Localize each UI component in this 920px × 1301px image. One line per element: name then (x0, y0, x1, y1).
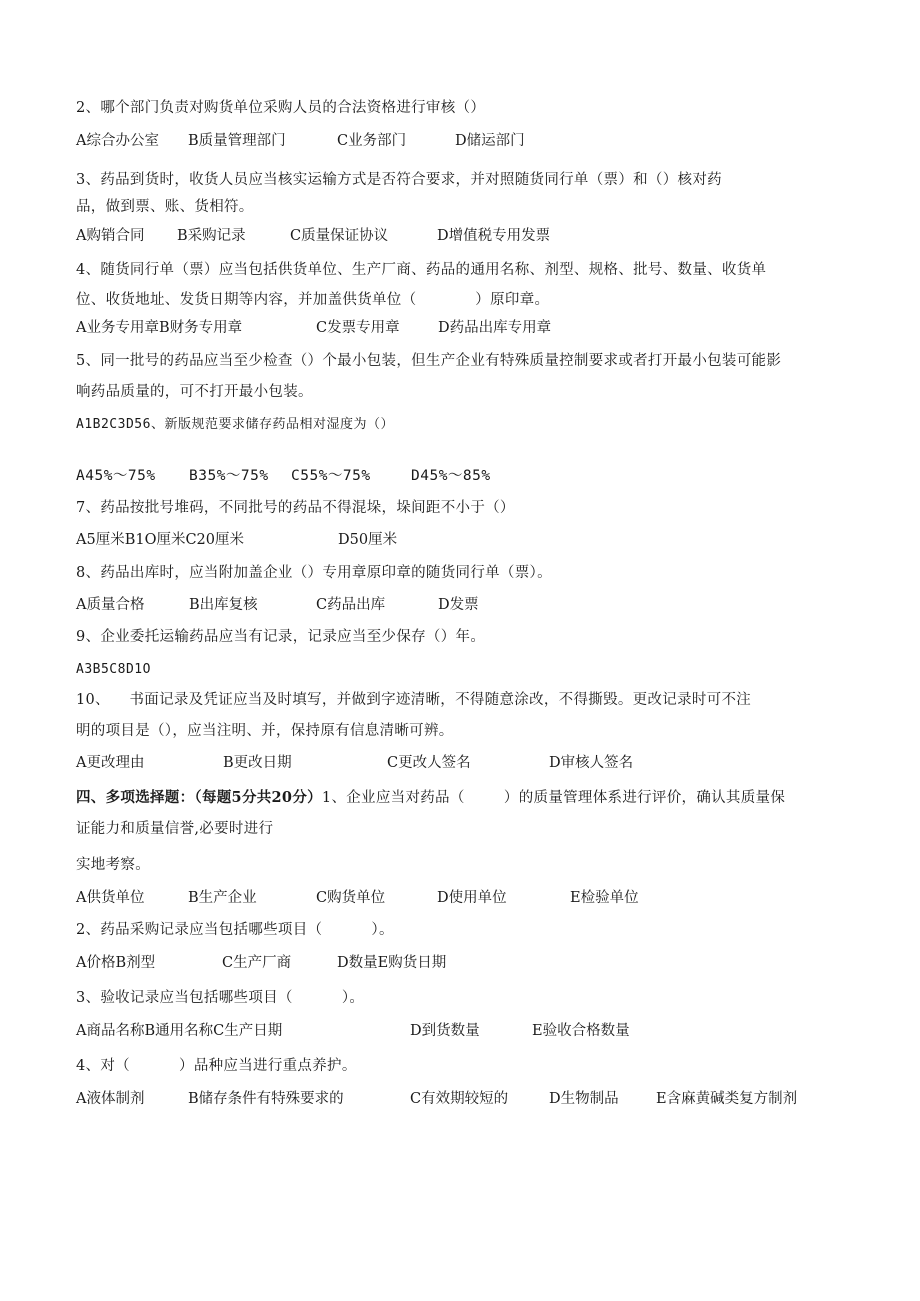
answer-option: D到货数量 (410, 1021, 480, 1041)
answer-option: A业务专用章B财务专用章 (76, 318, 242, 338)
question-text-line: 品，做到票、账、货相符。 (76, 197, 254, 217)
answer-option: D储运部门 (455, 131, 525, 151)
answer-option: A质量合格 (76, 595, 144, 615)
question-text-line: 8、药品出库时，应当附加盖企业（）专用章原印章的随货同行单（票）。 (76, 563, 552, 583)
answer-option: E验收合格数量 (532, 1021, 630, 1041)
answer-option: C质量保证协议 (290, 226, 388, 246)
answer-option: A价格B剂型 (76, 953, 155, 973)
answer-option: C发票专用章 (316, 318, 400, 338)
answer-option: A综合办公室 (76, 131, 159, 151)
answer-option: A商品名称B通用名称C生产日期 (76, 1021, 282, 1041)
answer-option: D50厘米 (338, 530, 397, 550)
question-text-line: 4、随货同行单（票）应当包括供货单位、生产厂商、药品的通用名称、剂型、规格、批号… (76, 260, 766, 280)
answer-option: D45%～85% (411, 466, 491, 486)
question-text-line: 3、验收记录应当包括哪些项目（ ）。 (76, 988, 364, 1008)
answer-option: D发票 (438, 595, 479, 615)
answer-option: A购销合同 (76, 226, 144, 246)
answer-option: C生产厂商 (222, 953, 291, 973)
question-text-line: A1B2C3D56、新版规范要求储存药品相对湿度为（） (76, 415, 394, 435)
answer-option: C更改人签名 (387, 753, 471, 773)
question-text-line: 明的项目是（），应当注明、并，保持原有信息清晰可辨。 (76, 721, 454, 741)
answer-option: B质量管理部门 (188, 131, 286, 151)
section-title: 四、多项选择题：（每题5分共20分） (76, 789, 322, 806)
answer-option: C55%～75% (291, 466, 371, 486)
document-page: 2、哪个部门负责对购货单位采购人员的合法资格进行审核（）3、药品到货时，收货人员… (0, 0, 920, 1301)
question-text-line: A3B5C8D1O (76, 660, 151, 680)
question-text-line: 2、哪个部门负责对购货单位采购人员的合法资格进行审核（） (76, 98, 485, 118)
answer-option: A更改理由 (76, 753, 144, 773)
answer-option: D数量E购货日期 (337, 953, 446, 973)
answer-option: E含麻黄碱类复方制剂 (656, 1089, 797, 1109)
answer-option: B更改日期 (223, 753, 292, 773)
answer-option: D药品出库专用章 (438, 318, 551, 338)
question-text-line: 7、药品按批号堆码，不同批号的药品不得混垛，垛间距不小于（） (76, 498, 515, 518)
section-header: 四、多项选择题：（每题5分共20分）1、企业应当对药品（ ）的质量管理体系进行评… (76, 788, 785, 808)
answer-option: C业务部门 (337, 131, 406, 151)
question-text-line: 证能力和质量信誉,必要时进行 (76, 819, 273, 839)
question-text-line: 4、对（ ）品种应当进行重点养护。 (76, 1056, 357, 1076)
question-text-line: 10、 书面记录及凭证应当及时填写，并做到字迹清晰，不得随意涂改，不得撕毁。更改… (76, 690, 751, 710)
answer-option: B生产企业 (188, 888, 257, 908)
answer-option: A供货单位 (76, 888, 144, 908)
question-text-line: 5、同一批号的药品应当至少检查（）个最小包装，但生产企业有特殊质量控制要求或者打… (76, 351, 781, 371)
answer-option: D使用单位 (437, 888, 507, 908)
answer-option: B35%～75% (189, 466, 269, 486)
answer-option: A5厘米B1O厘米C20厘米 (76, 530, 244, 550)
answer-option: B出库复核 (189, 595, 258, 615)
question-text-line: 9、企业委托运输药品应当有记录，记录应当至少保存（）年。 (76, 627, 485, 647)
question-text-line: 2、药品采购记录应当包括哪些项目（ ）。 (76, 920, 394, 940)
answer-option: D增值税专用发票 (437, 226, 550, 246)
answer-option: B储存条件有特殊要求的 (188, 1089, 344, 1109)
question-text-line: 3、药品到货时，收货人员应当核实运输方式是否符合要求，并对照随货同行单（票）和（… (76, 170, 722, 190)
answer-option: E检验单位 (570, 888, 639, 908)
answer-option: A液体制剂 (76, 1089, 144, 1109)
answer-option: A45%～75% (76, 466, 156, 486)
answer-option: C药品出库 (316, 595, 385, 615)
answer-option: D审核人签名 (549, 753, 633, 773)
question-text-line: 响药品质量的，可不打开最小包装。 (76, 382, 313, 402)
answer-option: C购货单位 (316, 888, 385, 908)
question-text-line: 位、收货地址、发货日期等内容，并加盖供货单位（ ）原印章。 (76, 290, 549, 310)
question-text-line: 实地考察。 (76, 855, 150, 875)
answer-option: D生物制品 (549, 1089, 619, 1109)
answer-option: C有效期较短的 (410, 1089, 508, 1109)
answer-option: B采购记录 (177, 226, 246, 246)
question-text: 1、企业应当对药品（ ）的质量管理体系进行评价，确认其质量保 (322, 790, 785, 806)
